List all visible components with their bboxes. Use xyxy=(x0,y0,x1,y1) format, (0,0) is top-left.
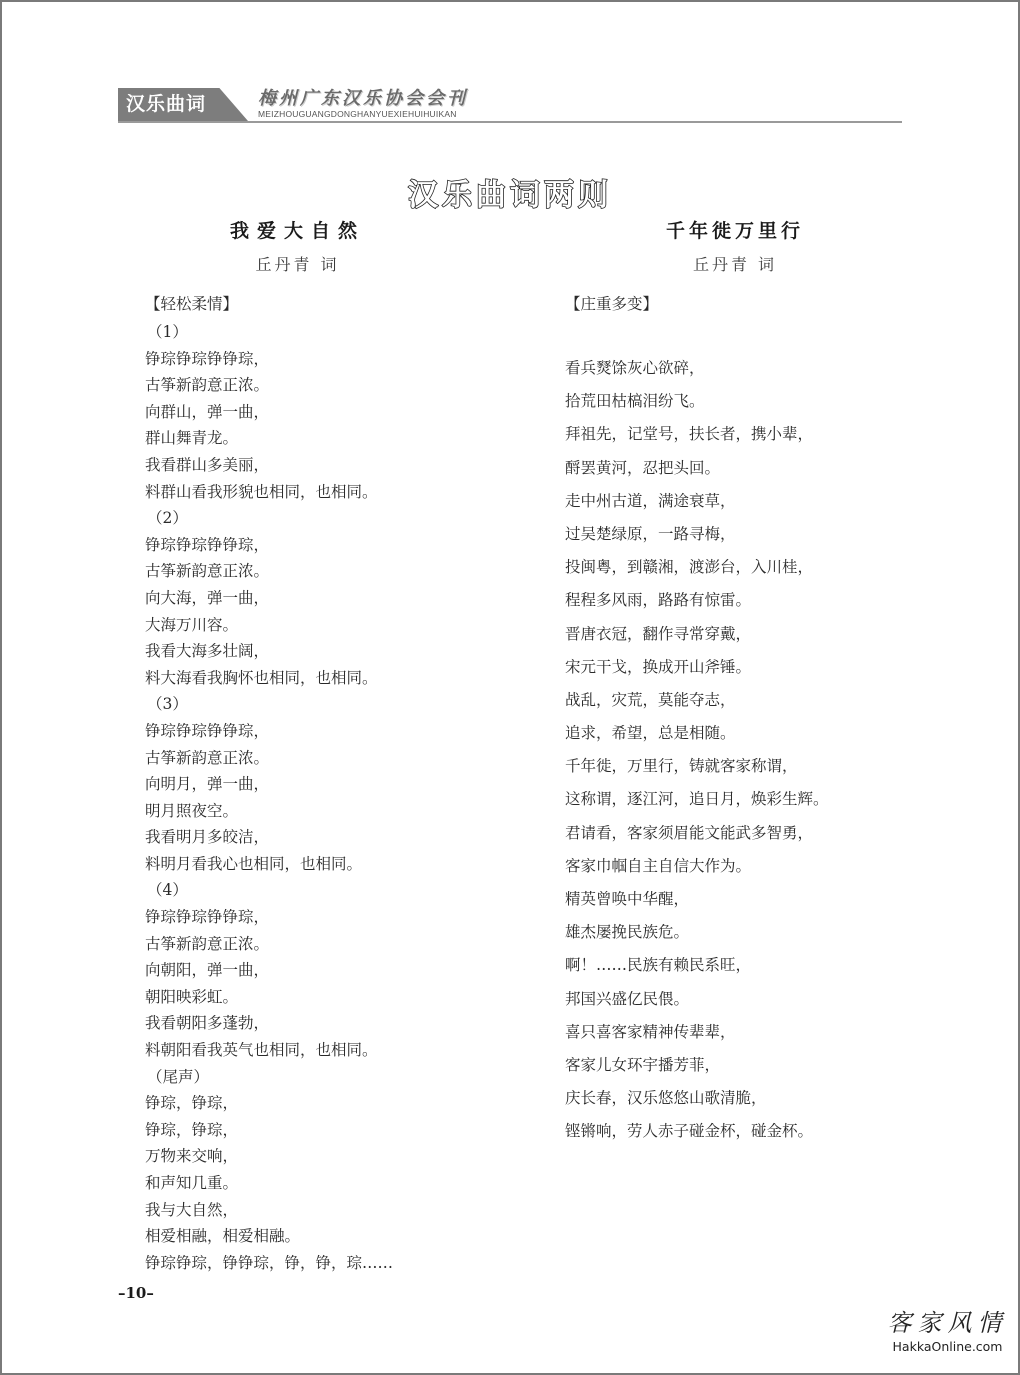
poem-line: 和声知几重。 xyxy=(145,1170,455,1197)
poem-style-tag: 【轻松柔情】 xyxy=(145,289,455,319)
poem-line: 料朝阳看我英气也相同，也相同。 xyxy=(145,1037,455,1064)
section-marker: （1） xyxy=(145,319,455,346)
poem-line: 我看朝阳多蓬勃， xyxy=(145,1010,455,1037)
poem-line: 铮琮，铮琮， xyxy=(145,1090,455,1117)
poem-column-left: 我爱大自然 丘丹青 词 【轻松柔情】 （1） 铮琮铮琮铮铮琮， 古筝新韵意正浓。… xyxy=(145,215,455,1276)
page-header: 汉乐曲词 梅州广东汉乐协会会刊 MEIZHOUGUANGDONGHANYUEXI… xyxy=(118,88,902,126)
poem-line: 料明月看我心也相同，也相同。 xyxy=(145,851,455,878)
poem-author: 丘丹青 词 xyxy=(140,247,455,283)
poem-line: 喜只喜客家精神传辈辈， xyxy=(565,1016,905,1049)
poem-line: 宋元干戈，换成开山斧锤。 xyxy=(565,651,905,684)
poem-line: 料群山看我形貌也相同，也相同。 xyxy=(145,479,455,506)
poem-line: 程程多风雨，路路有惊雷。 xyxy=(565,584,905,617)
poem-line: 看兵燹馀灰心欲碎， xyxy=(565,352,905,385)
poem-author: 丘丹青 词 xyxy=(565,247,905,283)
poem-line: 走中州古道，满途衰草， xyxy=(565,485,905,518)
poem-line: 晋唐衣冠，翻作寻常穿戴， xyxy=(565,618,905,651)
header-divider xyxy=(118,121,902,123)
poem-line: 铮琮铮琮铮铮琮， xyxy=(145,346,455,373)
poem-column-right: 千年徙万里行 丘丹青 词 【庄重多变】 看兵燹馀灰心欲碎， 拾荒田枯槁泪纷飞。 … xyxy=(565,215,905,1149)
poem-line: 这称谓，逐江河，追日月，焕彩生辉。 xyxy=(565,783,905,816)
poem-line: 向明月，弹一曲， xyxy=(145,771,455,798)
poem-line: 铮琮铮琮，铮铮琮，铮，铮，琮…… xyxy=(145,1250,455,1277)
poem-line: 客家巾帼自主自信大作为。 xyxy=(565,850,905,883)
poem-line: 我看明月多皎洁， xyxy=(145,824,455,851)
poem-line: 铮琮铮琮铮铮琮， xyxy=(145,904,455,931)
poem-line: 万物来交响， xyxy=(145,1143,455,1170)
journal-title-en: MEIZHOUGUANGDONGHANYUEXIEHUIHUIKAN xyxy=(258,109,457,119)
poem-line: 向大海，弹一曲， xyxy=(145,585,455,612)
poem-line: 酹罢黄河，忍把头回。 xyxy=(565,452,905,485)
poem-line: 铮琮，铮琮， xyxy=(145,1117,455,1144)
watermark: 客家风情 HakkaOnline.com xyxy=(880,1308,1015,1356)
poem-line: 拜祖先，记堂号，扶长者，携小辈， xyxy=(565,418,905,451)
article-title: 汉乐曲词两则 xyxy=(0,170,1020,214)
journal-title-cn: 梅州广东汉乐协会会刊 xyxy=(258,88,468,110)
section-marker: （尾声） xyxy=(145,1064,455,1091)
poem-line: 料大海看我胸怀也相同，也相同。 xyxy=(145,665,455,692)
poem-line: 千年徙，万里行，铸就客家称谓， xyxy=(565,750,905,783)
poem-line: 投闽粤，到赣湘，渡澎台，入川桂， xyxy=(565,551,905,584)
poem-line: 庆长春，汉乐悠悠山歌清脆， xyxy=(565,1082,905,1115)
poem-line: 大海万川容。 xyxy=(145,612,455,639)
section-marker: （3） xyxy=(145,691,455,718)
poem-line: 拾荒田枯槁泪纷飞。 xyxy=(565,385,905,418)
poem-line: 精英曾唤中华醒， xyxy=(565,883,905,916)
poem-line: 我看大海多壮阔， xyxy=(145,638,455,665)
poem-line: 古筝新韵意正浓。 xyxy=(145,372,455,399)
poem-line: 向群山，弹一曲， xyxy=(145,399,455,426)
section-marker: （4） xyxy=(145,877,455,904)
section-label: 汉乐曲词 xyxy=(118,88,248,121)
poem-line: 雄杰屡挽民族危。 xyxy=(565,916,905,949)
poem-line: 铮琮铮琮铮铮琮， xyxy=(145,718,455,745)
section-marker: （2） xyxy=(145,505,455,532)
poem-line: 过吴楚绿原，一路寻梅， xyxy=(565,518,905,551)
poem-line: 我看群山多美丽， xyxy=(145,452,455,479)
poem-line: 啊！……民族有赖民系旺， xyxy=(565,949,905,982)
page-number: –10– xyxy=(118,1284,154,1302)
poem-line: 朝阳映彩虹。 xyxy=(145,984,455,1011)
watermark-logo-text: 客家风情 xyxy=(880,1308,1015,1338)
poem-line: 君请看，客家须眉能文能武多智勇， xyxy=(565,817,905,850)
poem-line: 邦国兴盛亿民偎。 xyxy=(565,983,905,1016)
watermark-site: HakkaOnline.com xyxy=(880,1338,1015,1356)
poem-line: 群山舞青龙。 xyxy=(145,425,455,452)
poem-line: 铿锵响，劳人赤子碰金杯，碰金杯。 xyxy=(565,1115,905,1148)
poem-line: 相爱相融，相爱相融。 xyxy=(145,1223,455,1250)
poem-line: 古筝新韵意正浓。 xyxy=(145,745,455,772)
poem-title: 我爱大自然 xyxy=(140,215,455,247)
poem-line: 向朝阳，弹一曲， xyxy=(145,957,455,984)
poem-lines: 看兵燹馀灰心欲碎， 拾荒田枯槁泪纷飞。 拜祖先，记堂号，扶长者，携小辈， 酹罢黄… xyxy=(565,352,905,1149)
poem-style-tag: 【庄重多变】 xyxy=(565,289,905,319)
poem-line: 古筝新韵意正浓。 xyxy=(145,558,455,585)
poem-line: 古筝新韵意正浓。 xyxy=(145,931,455,958)
poem-title: 千年徙万里行 xyxy=(565,215,905,247)
poem-line: 我与大自然， xyxy=(145,1197,455,1224)
poem-lines: （1） 铮琮铮琮铮铮琮， 古筝新韵意正浓。 向群山，弹一曲， 群山舞青龙。 我看… xyxy=(145,319,455,1276)
poem-line: 战乱，灾荒，莫能夺志， xyxy=(565,684,905,717)
poem-line: 明月照夜空。 xyxy=(145,798,455,825)
poem-line: 客家儿女环宇播芳菲， xyxy=(565,1049,905,1082)
poem-line: 铮琮铮琮铮铮琮， xyxy=(145,532,455,559)
poem-line: 追求，希望，总是相随。 xyxy=(565,717,905,750)
